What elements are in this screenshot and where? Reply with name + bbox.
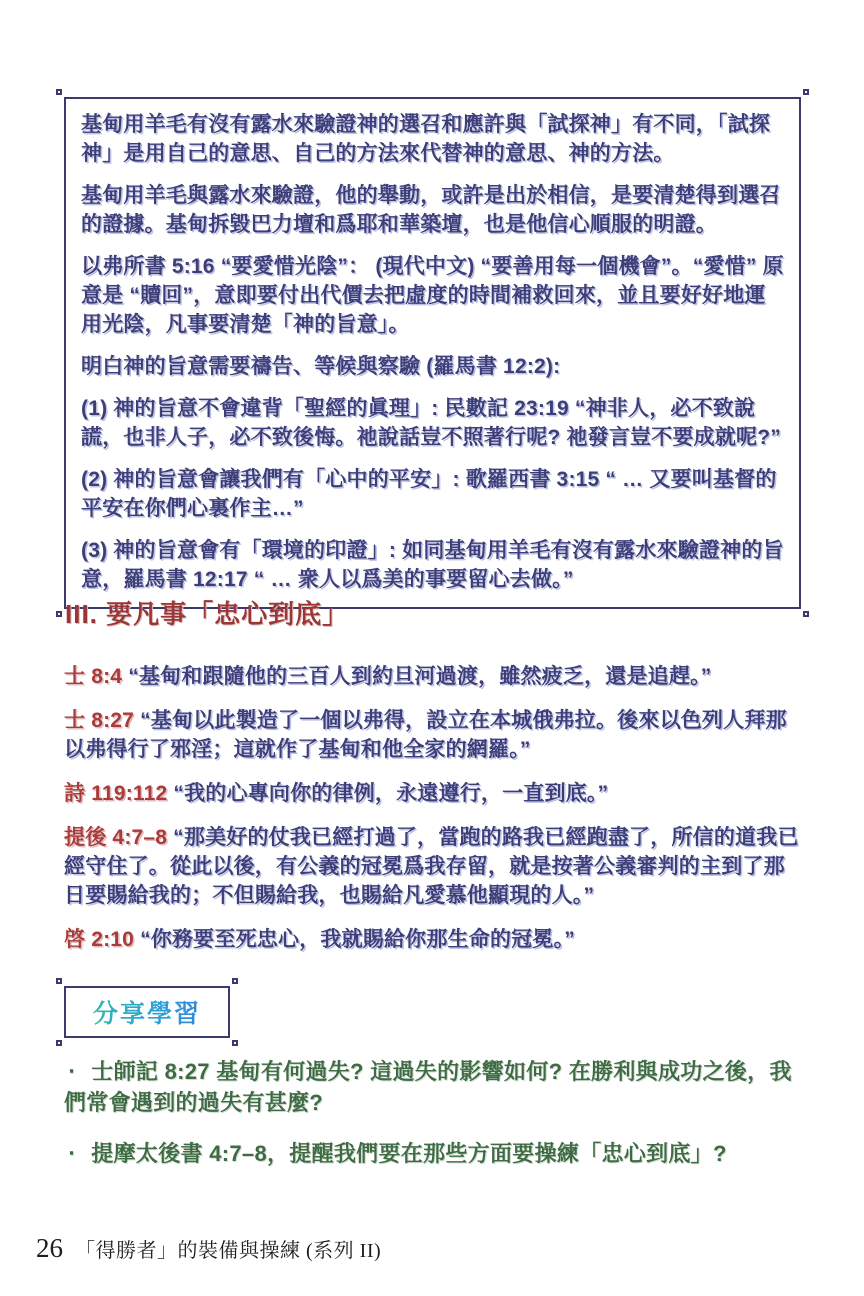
- question-text: 提摩太後書 4:7–8，提醒我們要在那些方面要操練「忠心到底」?: [91, 1141, 726, 1166]
- note-paragraph: 明白神的旨意需要禱告、等候與察驗 (羅馬書 12:2):: [81, 352, 784, 381]
- scripture-ref: 提後 4:7–8: [64, 826, 167, 849]
- quote-text: “基甸和跟隨他的三百人到約旦河過渡，雖然疲乏，還是追趕。”: [128, 665, 711, 688]
- quote-text: “我的心專向你的律例，永遠遵行，一直到底。”: [173, 782, 608, 805]
- note-paragraph: 以弗所書 5:16 “要愛惜光陰”： (現代中文) “要善用每一個機會”。“愛惜…: [81, 252, 784, 339]
- note-paragraph: 基甸用羊毛與露水來驗證，他的舉動，或許是出於相信，是要清楚得到選召的證據。基甸拆…: [81, 181, 784, 239]
- corner-ornament: [56, 1040, 62, 1046]
- study-question: ‧提摩太後書 4:7–8，提醒我們要在那些方面要操練「忠心到底」?: [64, 1138, 801, 1169]
- scripture-ref: 詩 119:112: [64, 782, 167, 805]
- scripture-ref: 士 8:27: [64, 709, 134, 732]
- question-text: 士師記 8:27 基甸有何過失? 這過失的影響如何? 在勝利與成功之後，我們常會…: [64, 1059, 792, 1115]
- scripture-quote: 啓 2:10“你務要至死忠心，我就賜給你那生命的冠冕。”: [64, 925, 801, 954]
- note-point-3: (3) 神的旨意會有「環境的印證」: 如同基甸用羊毛有沒有露水來驗證神的旨意，羅…: [81, 536, 784, 594]
- bullet-dot: ‧: [68, 1059, 75, 1084]
- note-point-1: (1) 神的旨意不會違背「聖經的眞理」: 民數記 23:19 “神非人，必不致說…: [81, 394, 784, 452]
- scripture-quote: 詩 119:112“我的心專向你的律例，永遠遵行，一直到底。”: [64, 779, 801, 808]
- corner-ornament: [803, 611, 809, 617]
- page-number: 26: [36, 1233, 63, 1264]
- page-footer: 26 「得勝者」的裝備與操練 (系列 II): [36, 1233, 381, 1264]
- corner-ornament: [232, 978, 238, 984]
- scripture-note-box: 基甸用羊毛有沒有露水來驗證神的選召和應許與「試探神」有不同，「試探神」是用自己的…: [64, 97, 801, 609]
- corner-ornament: [56, 89, 62, 95]
- scripture-quote: 士 8:4“基甸和跟隨他的三百人到約旦河過渡，雖然疲乏，還是追趕。”: [64, 662, 801, 691]
- scripture-quote: 士 8:27“基甸以此製造了一個以弗得，設立在本城俄弗拉。後來以色列人拜那以弗得…: [64, 706, 801, 764]
- share-study-badge: 分享學習: [64, 986, 230, 1038]
- bullet-dot: ‧: [68, 1141, 75, 1166]
- note-point-2: (2) 神的旨意會讓我們有「心中的平安」: 歌羅西書 3:15 “ … 又要叫基…: [81, 465, 784, 523]
- document-page: 基甸用羊毛有沒有露水來驗證神的選召和應許與「試探神」有不同，「試探神」是用自己的…: [0, 0, 864, 1296]
- corner-ornament: [232, 1040, 238, 1046]
- quote-text: “你務要至死忠心，我就賜給你那生命的冠冕。”: [140, 928, 575, 951]
- scripture-ref: 啓 2:10: [64, 928, 134, 951]
- scripture-ref: 士 8:4: [64, 665, 122, 688]
- booklet-title: 「得勝者」的裝備與操練 (系列 II): [75, 1234, 381, 1263]
- corner-ornament: [56, 611, 62, 617]
- study-question: ‧士師記 8:27 基甸有何過失? 這過失的影響如何? 在勝利與成功之後，我們常…: [64, 1056, 801, 1118]
- study-questions: ‧士師記 8:27 基甸有何過失? 這過失的影響如何? 在勝利與成功之後，我們常…: [64, 1056, 801, 1189]
- scripture-quote: 提後 4:7–8“那美好的仗我已經打過了，當跑的路我已經跑盡了，所信的道我已經守…: [64, 823, 801, 910]
- scripture-quotes: 士 8:4“基甸和跟隨他的三百人到約旦河過渡，雖然疲乏，還是追趕。” 士 8:2…: [64, 662, 801, 969]
- note-paragraph: 基甸用羊毛有沒有露水來驗證神的選召和應許與「試探神」有不同，「試探神」是用自己的…: [81, 110, 784, 168]
- section-heading: III. 要凡事「忠心到底」: [65, 594, 349, 631]
- quote-text: “那美好的仗我已經打過了，當跑的路我已經跑盡了，所信的道我已經守住了。從此以後，…: [64, 826, 799, 907]
- share-study-label: 分享學習: [93, 994, 201, 1030]
- corner-ornament: [56, 978, 62, 984]
- corner-ornament: [803, 89, 809, 95]
- quote-text: “基甸以此製造了一個以弗得，設立在本城俄弗拉。後來以色列人拜那以弗得行了邪淫；這…: [64, 709, 787, 761]
